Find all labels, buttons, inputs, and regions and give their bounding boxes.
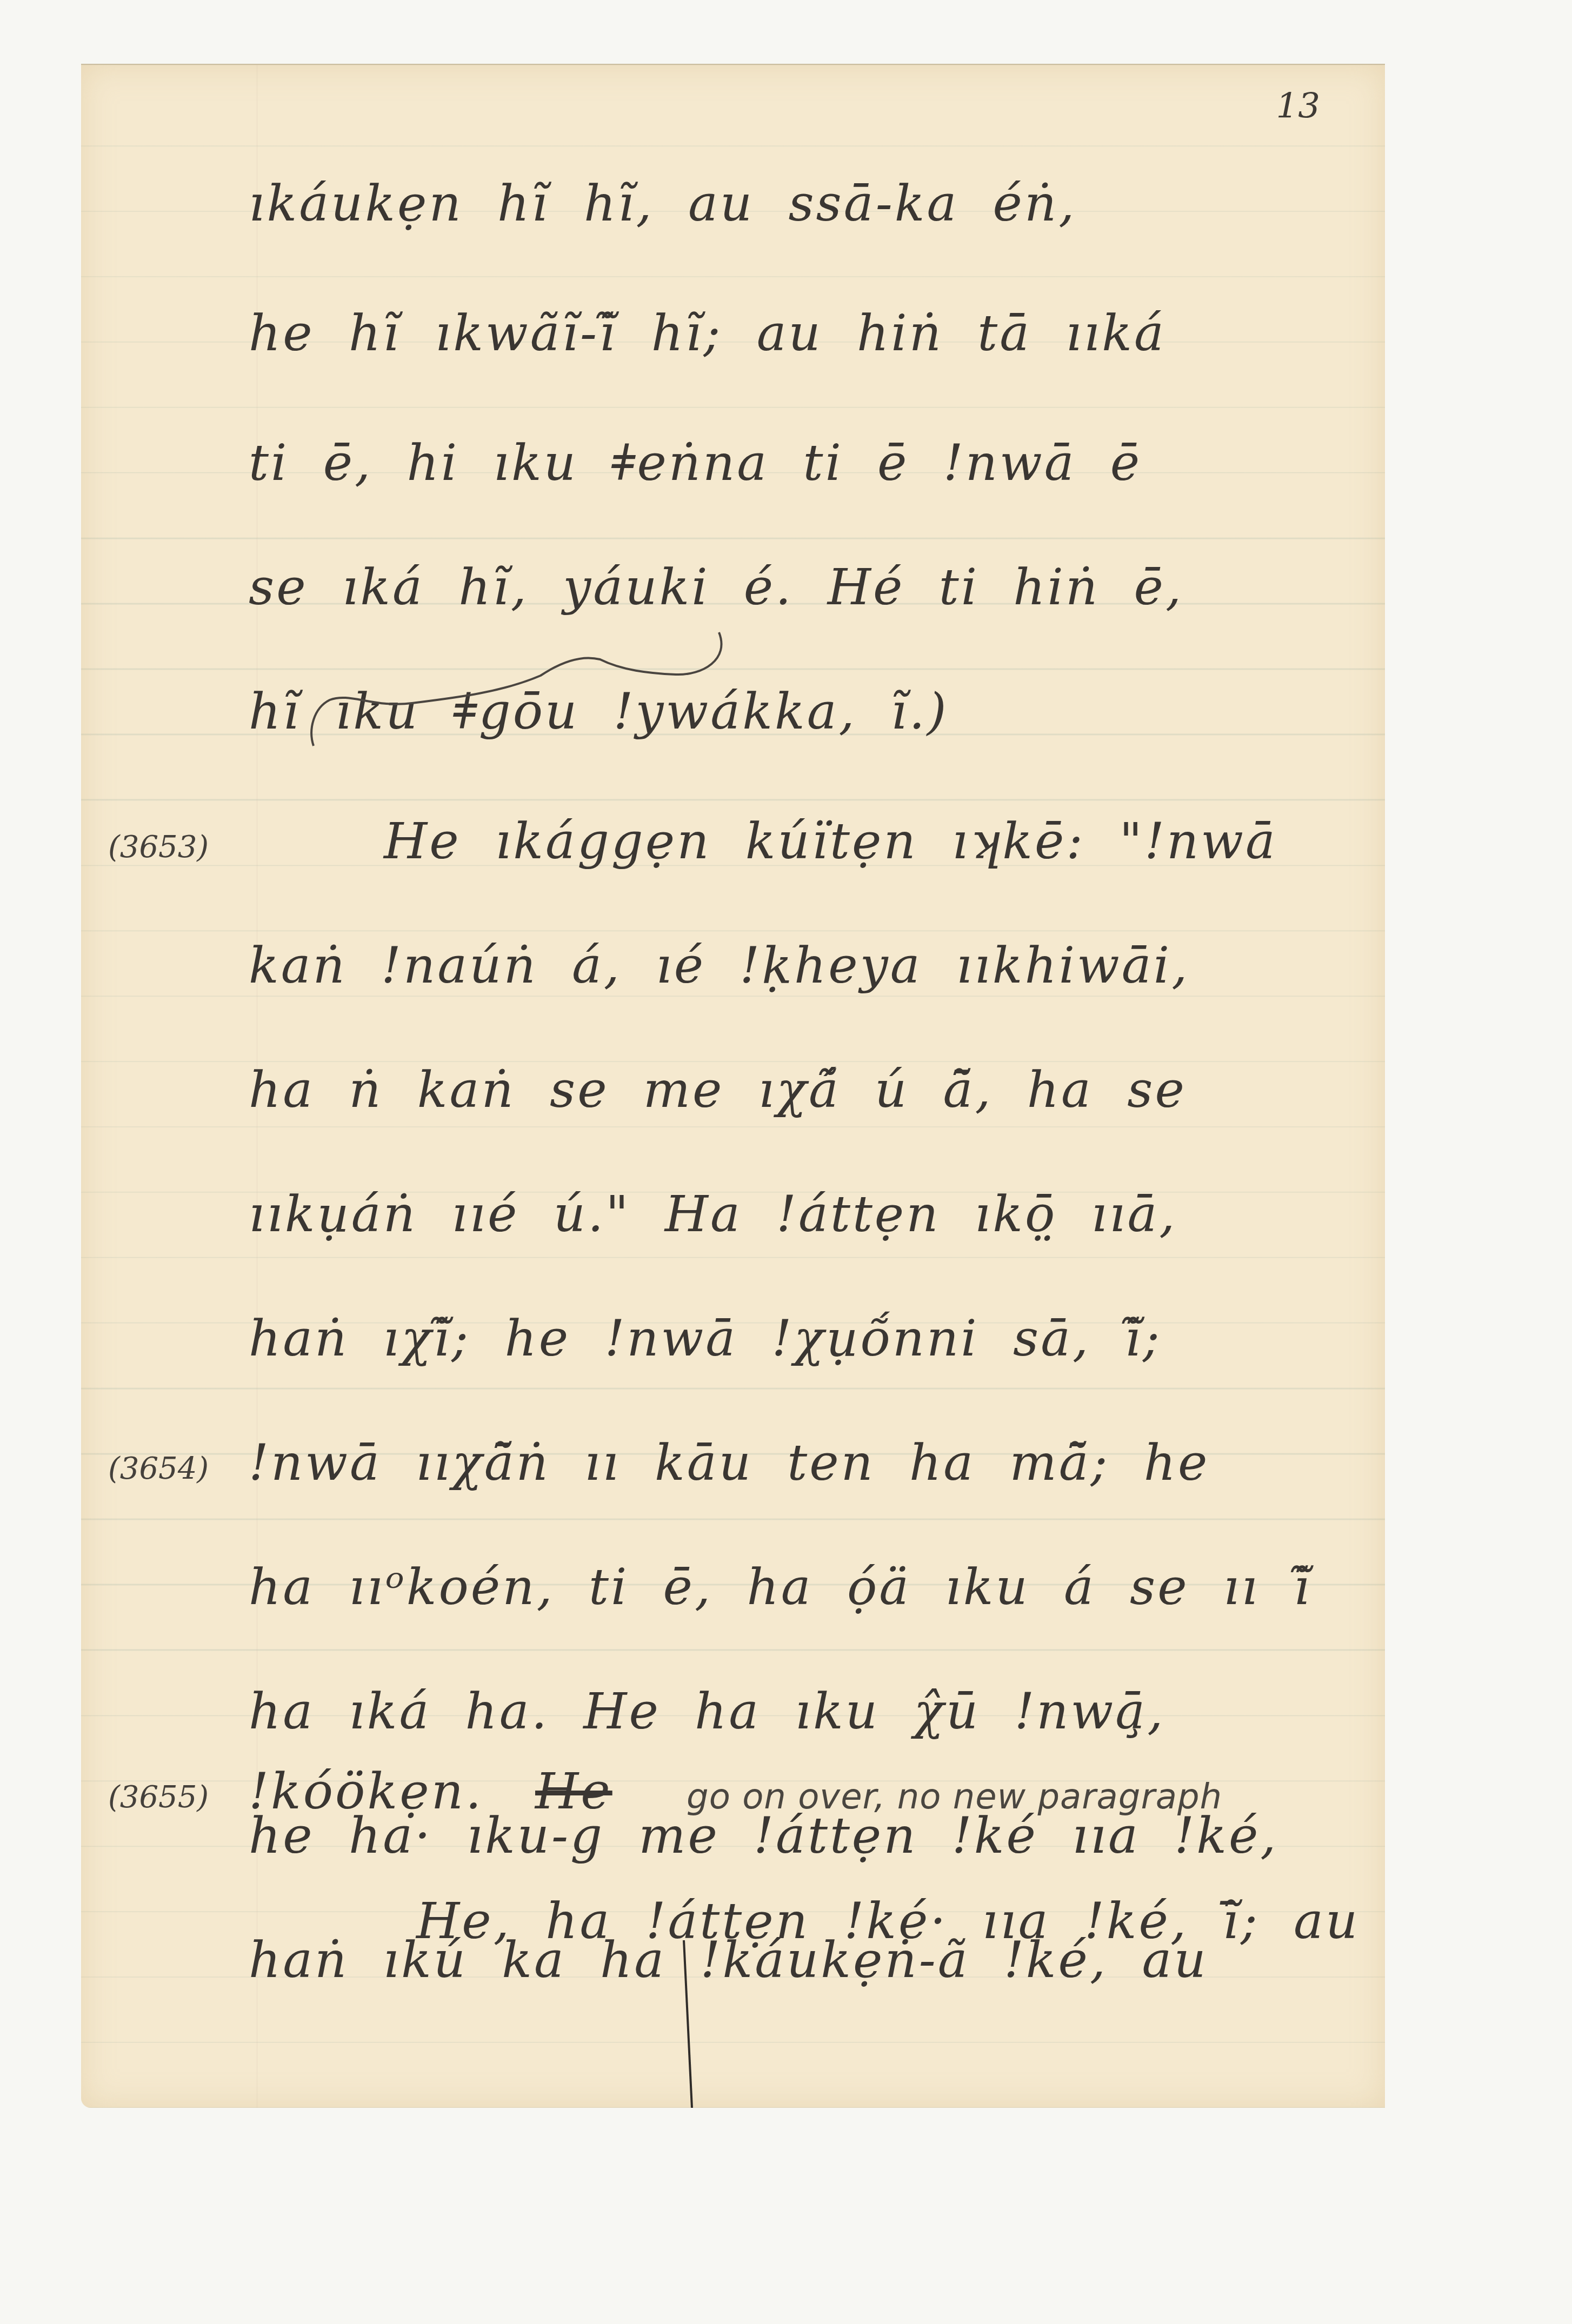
margin-reference-number: (3655): [108, 1780, 209, 1815]
struck-word: He: [535, 1762, 612, 1820]
line-text: !kóökẹn.: [249, 1762, 483, 1820]
editorial-note: go on over, no new paragraph: [687, 1777, 1222, 1817]
text-line: He, ha !áttẹn !ké· ııa !ké, ĩ̄; au: [81, 1858, 1385, 1966]
manuscript-lower-section: (3655) !kóökẹn. He go on over, no new pa…: [81, 64, 1385, 2107]
line-text: He, ha !áttẹn !ké· ııa !ké, ĩ̄; au: [416, 1892, 1360, 1950]
text-line: (3655) !kóökẹn. He go on over, no new pa…: [81, 1728, 1385, 1837]
